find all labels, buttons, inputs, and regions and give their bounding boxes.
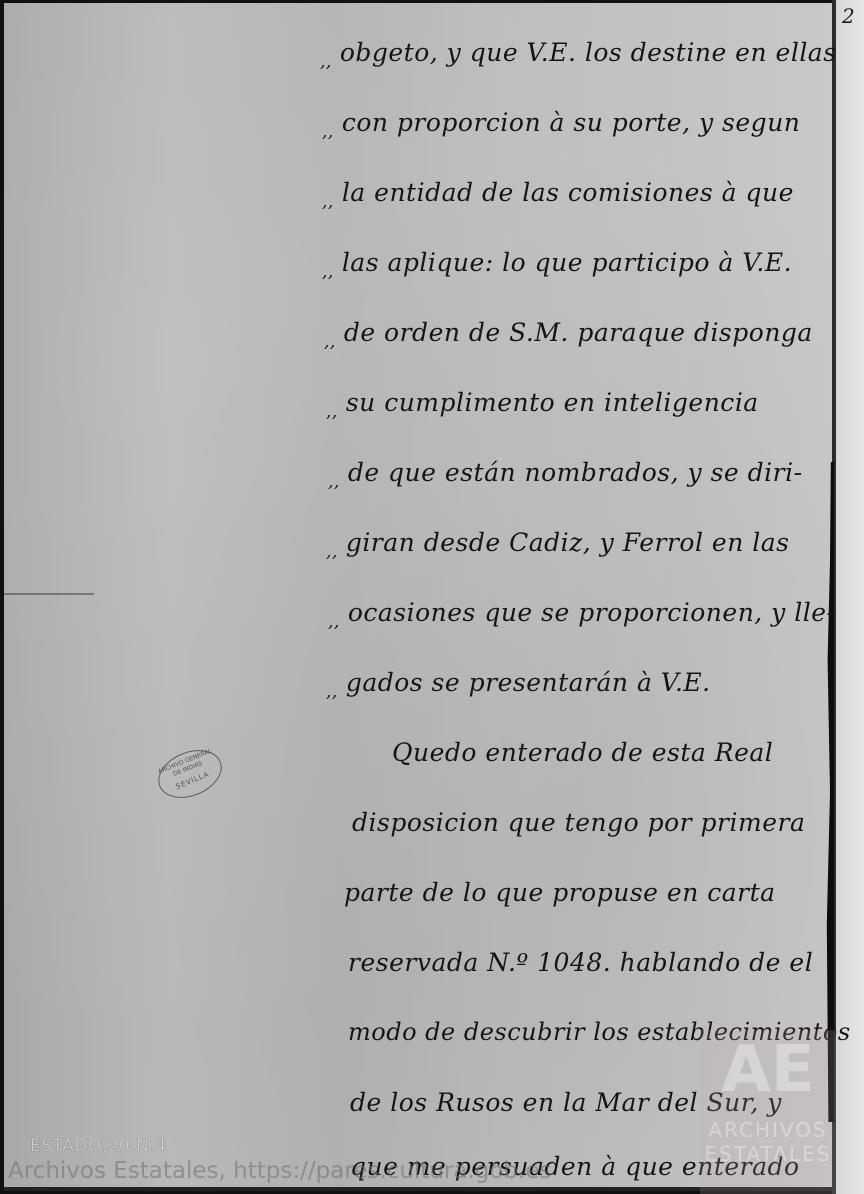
adjacent-page-edge bbox=[836, 0, 864, 1194]
line-text: con proporcion à su porte, y segun bbox=[342, 108, 801, 137]
manuscript-line: Quedo enterado de esta Real bbox=[392, 738, 773, 767]
manuscript-text: ,,obgeto, y que V.E. los destine en ella… bbox=[0, 0, 832, 1194]
line-text: de que están nombrados, y se diri- bbox=[348, 458, 803, 487]
line-text: parte de lo que propuse en carta bbox=[344, 878, 776, 907]
manuscript-line: ,,ocasiones que se proporcionen, y lle- bbox=[328, 598, 836, 632]
quote-mark: ,, bbox=[324, 332, 336, 352]
manuscript-line: ,,de orden de S.M. paraque disponga bbox=[324, 318, 813, 352]
quote-mark: ,, bbox=[326, 402, 338, 422]
manuscript-line: ,,obgeto, y que V.E. los destine en ella… bbox=[320, 38, 837, 72]
manuscript-line: ,,su cumplimento en inteligencia bbox=[326, 388, 759, 422]
line-text: reservada N.º 1048. hablando de el bbox=[348, 948, 813, 977]
reference-code: ESTADO,20,N.4 bbox=[30, 1136, 167, 1156]
manuscript-line: reservada N.º 1048. hablando de el bbox=[348, 948, 813, 977]
line-text: giran desde Cadiz, y Ferrol en las bbox=[346, 528, 790, 557]
logo-mark-icon: AE bbox=[700, 1030, 836, 1110]
manuscript-line: disposicion que tengo por primera bbox=[352, 808, 805, 837]
quote-mark: ,, bbox=[320, 52, 332, 72]
manuscript-line: ,,las aplique: lo que participo à V.E. bbox=[322, 248, 792, 282]
line-text: la entidad de las comisiones à que bbox=[342, 178, 794, 207]
line-text: las aplique: lo que participo à V.E. bbox=[342, 248, 792, 277]
quote-mark: ,, bbox=[326, 682, 338, 702]
line-text: ocasiones que se proporcionen, y lle- bbox=[348, 598, 836, 627]
line-text: obgeto, y que V.E. los destine en ellas bbox=[340, 38, 837, 67]
archive-watermark-logo: AE ARCHIVOS ESTATALES bbox=[700, 1030, 836, 1194]
manuscript-line: ,,gados se presentarán à V.E. bbox=[326, 668, 711, 702]
source-credit: Archivos Estatales, https://pares.cultur… bbox=[8, 1158, 551, 1184]
line-text: disposicion que tengo por primera bbox=[352, 808, 805, 837]
manuscript-line: parte de lo que propuse en carta bbox=[344, 878, 776, 907]
manuscript-line: ,,la entidad de las comisiones à que bbox=[322, 178, 794, 212]
line-text: gados se presentarán à V.E. bbox=[346, 668, 711, 697]
manuscript-line: ,,de que están nombrados, y se diri- bbox=[328, 458, 803, 492]
line-text: su cumplimento en inteligencia bbox=[346, 388, 759, 417]
quote-mark: ,, bbox=[322, 122, 334, 142]
document-viewer: 2 ,,obgeto, y que V.E. los destine en el… bbox=[0, 0, 864, 1194]
quote-mark: ,, bbox=[322, 192, 334, 212]
quote-mark: ,, bbox=[326, 542, 338, 562]
quote-mark: ,, bbox=[328, 472, 340, 492]
line-text: Quedo enterado de esta Real bbox=[392, 738, 773, 767]
line-text: de orden de S.M. paraque disponga bbox=[344, 318, 813, 347]
folio-number: 2 bbox=[842, 4, 855, 28]
manuscript-line: ,,con proporcion à su porte, y segun bbox=[322, 108, 800, 142]
manuscript-line: ,,giran desde Cadiz, y Ferrol en las bbox=[326, 528, 790, 562]
quote-mark: ,, bbox=[328, 612, 340, 632]
logo-text: ARCHIVOS ESTATALES bbox=[700, 1118, 836, 1166]
quote-mark: ,, bbox=[322, 262, 334, 282]
